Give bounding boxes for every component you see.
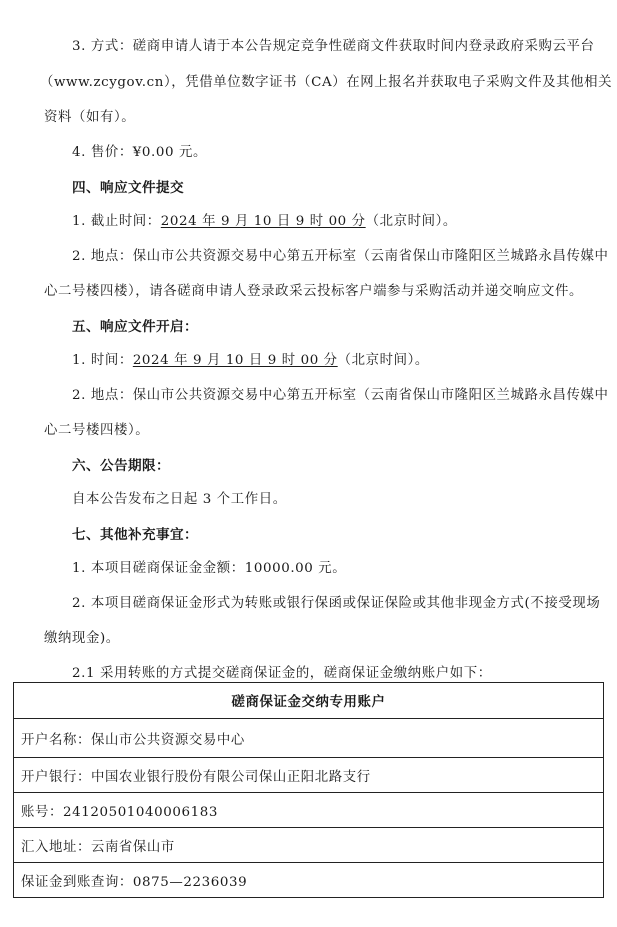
opening-location-line-1: 2. 地点：保山市公共资源交易中心第五开标室（云南省保山市隆阳区兰城路永昌传媒中: [72, 387, 602, 405]
deadline-suffix: （北京时间）。: [366, 214, 457, 229]
deposit-form-line-1: 2. 本项目磋商保证金形式为转账或银行保函或保证保险或其他非现金方式(不接受现场: [72, 595, 602, 613]
deposit-form-line-2: 缴纳现金)。: [44, 630, 574, 648]
deposit-transfer-intro: 2.1 采用转账的方式提交磋商保证金的，磋商保证金缴纳账户如下：: [72, 665, 602, 683]
table-row: 汇入地址：云南省保山市: [14, 828, 604, 863]
section-5-heading: 五、响应文件开启：: [72, 318, 602, 336]
paragraph-method-line-1: 3. 方式：磋商申请人请于本公告规定竞争性磋商文件获取时间内登录政府采购云平台: [72, 38, 602, 56]
deadline-label: 1. 截止时间：: [72, 214, 161, 229]
section-6-heading: 六、公告期限：: [72, 457, 602, 475]
opening-time: 1. 时间：2024 年 9 月 10 日 9 时 00 分（北京时间）。: [72, 352, 602, 370]
document-page: 3. 方式：磋商申请人请于本公告规定竞争性磋商文件获取时间内登录政府采购云平台 …: [0, 0, 617, 927]
deposit-amount: 1. 本项目磋商保证金金额：10000.00 元。: [72, 560, 602, 578]
remittance-address: 汇入地址：云南省保山市: [14, 828, 604, 863]
table-row: 开户名称：保山市公共资源交易中心: [14, 719, 604, 758]
deadline-value: 2024 年 9 月 10 日 9 时 00 分: [161, 214, 366, 229]
table-row: 保证金到账查询：0875—2236039: [14, 863, 604, 898]
paragraph-method-line-3: 资料（如有）。: [44, 109, 574, 127]
account-number: 账号：24120501040006183: [14, 793, 604, 828]
opening-time-suffix: （北京时间）。: [338, 353, 429, 368]
submission-deadline: 1. 截止时间：2024 年 9 月 10 日 9 时 00 分（北京时间）。: [72, 213, 602, 231]
table-row: 开户银行：中国农业银行股份有限公司保山正阳北路支行: [14, 758, 604, 793]
table-row: 账号：24120501040006183: [14, 793, 604, 828]
opening-time-value: 2024 年 9 月 10 日 9 时 00 分: [133, 353, 338, 368]
deposit-account-table: 磋商保证金交纳专用账户 开户名称：保山市公共资源交易中心 开户银行：中国农业银行…: [13, 682, 604, 898]
deposit-inquiry-phone: 保证金到账查询：0875—2236039: [14, 863, 604, 898]
paragraph-method-line-2: （www.zcygov.cn），凭借单位数字证书（CA）在网上报名并获取电子采购…: [40, 74, 570, 92]
section-4-heading: 四、响应文件提交: [72, 179, 602, 197]
section-7-heading: 七、其他补充事宜：: [72, 526, 602, 544]
submission-location-line-1: 2. 地点：保山市公共资源交易中心第五开标室（云南省保山市隆阳区兰城路永昌传媒中: [72, 248, 602, 266]
submission-location-line-2: 心二号楼四楼），请各磋商申请人登录政采云投标客户端参与采购活动并递交响应文件。: [44, 283, 574, 301]
opening-time-label: 1. 时间：: [72, 353, 133, 368]
opening-location-line-2: 心二号楼四楼）。: [44, 422, 574, 440]
table-title: 磋商保证金交纳专用账户: [14, 683, 604, 719]
announcement-period-text: 自本公告发布之日起 3 个工作日。: [72, 491, 602, 509]
paragraph-price: 4. 售价：¥0.00 元。: [72, 144, 602, 162]
account-name: 开户名称：保山市公共资源交易中心: [14, 719, 604, 758]
account-bank: 开户银行：中国农业银行股份有限公司保山正阳北路支行: [14, 758, 604, 793]
table-header-row: 磋商保证金交纳专用账户: [14, 683, 604, 719]
